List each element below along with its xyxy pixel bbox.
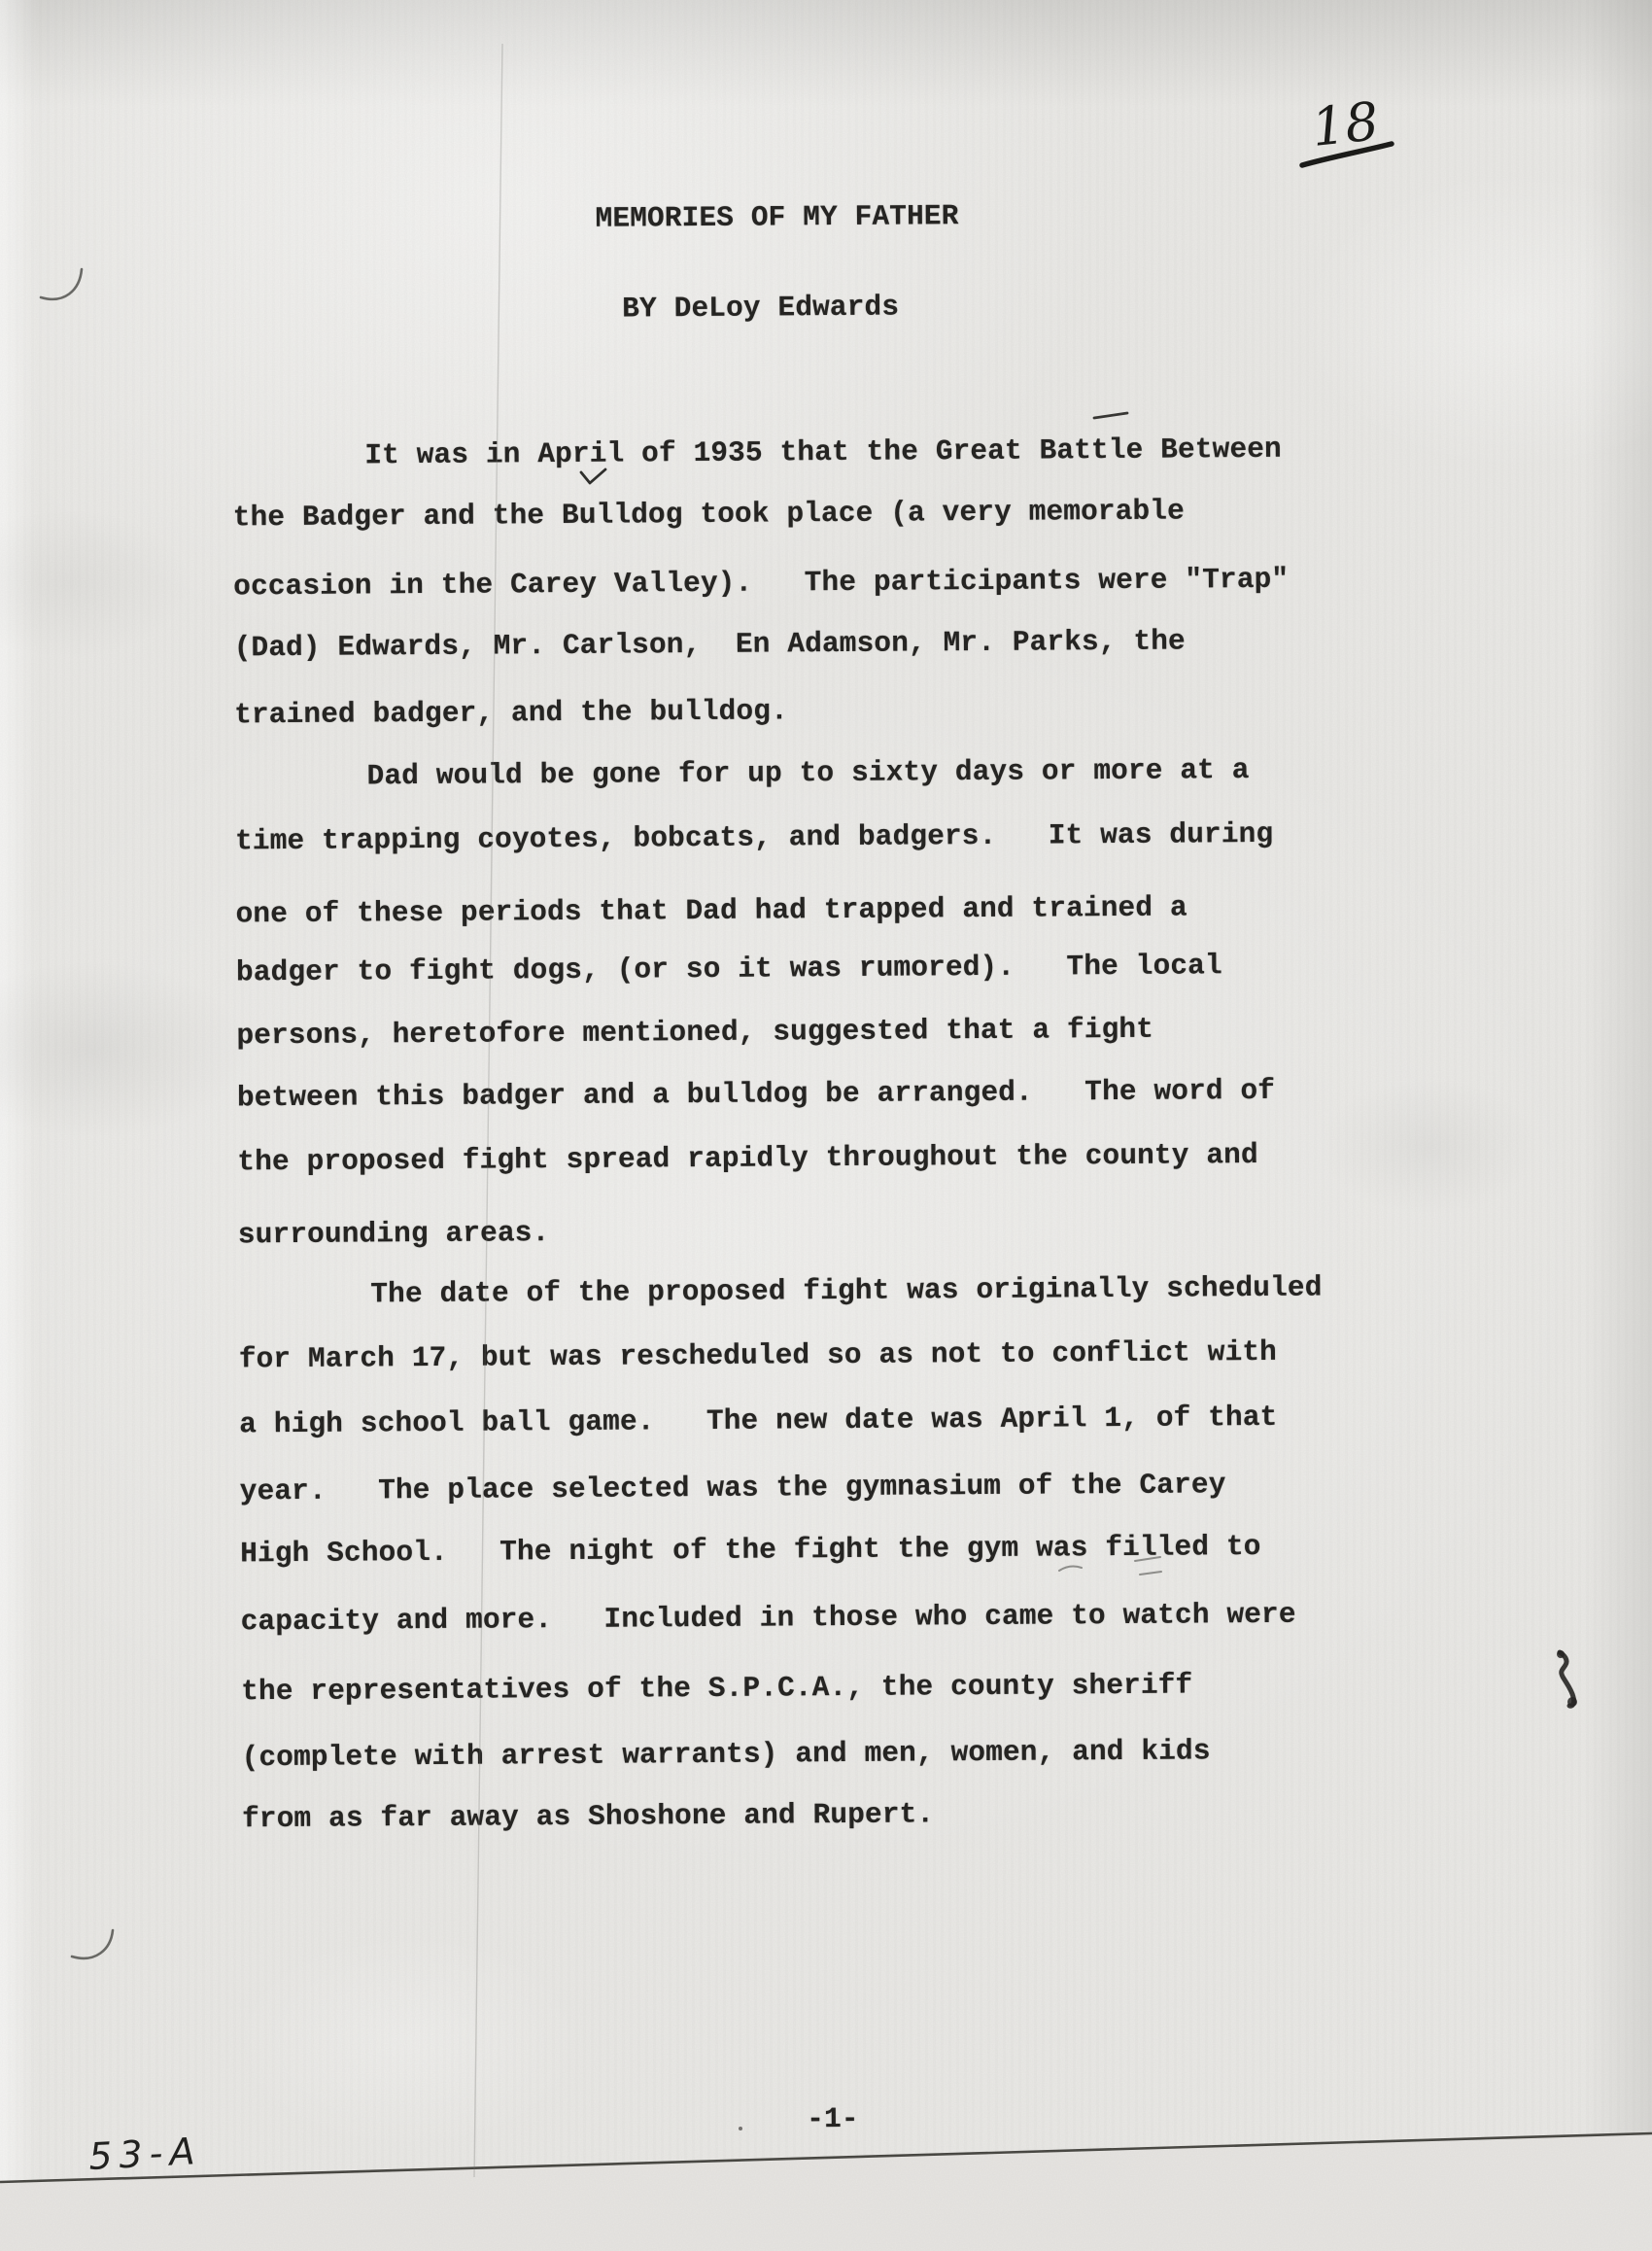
body-line-15: for March 17, but was rescheduled so as …	[239, 1338, 1277, 1374]
body-line-13: surrounding areas.	[238, 1219, 550, 1250]
body-line-22: from as far away as Shoshone and Rupert.	[242, 1800, 934, 1833]
body-line-9: badger to fight dogs, (or so it was rumo…	[236, 952, 1222, 987]
body-line-5: trained badger, and the bulldog.	[234, 697, 788, 729]
scanned-page: MEMORIES OF MY FATHER BY DeLoy Edwards I…	[0, 0, 1652, 2251]
body-line-16: a high school ball game. The new date wa…	[239, 1403, 1277, 1439]
body-line-6: Dad would be gone for up to sixty days o…	[366, 756, 1249, 791]
body-line-11: between this badger and a bulldog be arr…	[237, 1077, 1275, 1113]
body-line-21: (complete with arrest warrants) and men,…	[242, 1737, 1211, 1772]
body-line-2: the Badger and the Bulldog took place (a…	[233, 498, 1185, 533]
body-line-20: the representatives of the S.P.C.A., the…	[241, 1671, 1192, 1706]
body-line-8: one of these periods that Dad had trappe…	[235, 893, 1187, 928]
body-line-3: occasion in the Carey Valley). The parti…	[233, 566, 1289, 602]
typed-text-block: MEMORIES OF MY FATHER BY DeLoy Edwards I…	[0, 0, 1652, 2251]
document-title: MEMORIES OF MY FATHER	[595, 202, 958, 233]
body-line-19: capacity and more. Included in those who…	[241, 1601, 1296, 1637]
document-byline: BY DeLoy Edwards	[622, 294, 899, 324]
body-line-14: The date of the proposed fight was origi…	[370, 1274, 1322, 1309]
body-line-17: year. The place selected was the gymnasi…	[240, 1471, 1226, 1506]
body-line-1: It was in April of 1935 that the Great B…	[364, 435, 1282, 470]
body-line-12: the proposed fight spread rapidly throug…	[237, 1141, 1258, 1177]
page-number-footer: -1-	[807, 2105, 859, 2134]
body-line-4: (Dad) Edwards, Mr. Carlson, En Adamson, …	[234, 628, 1186, 663]
body-line-18: High School. The night of the fight the …	[240, 1533, 1261, 1569]
body-line-7: time trapping coyotes, bobcats, and badg…	[235, 820, 1273, 856]
body-line-10: persons, heretofore mentioned, suggested…	[236, 1016, 1153, 1051]
